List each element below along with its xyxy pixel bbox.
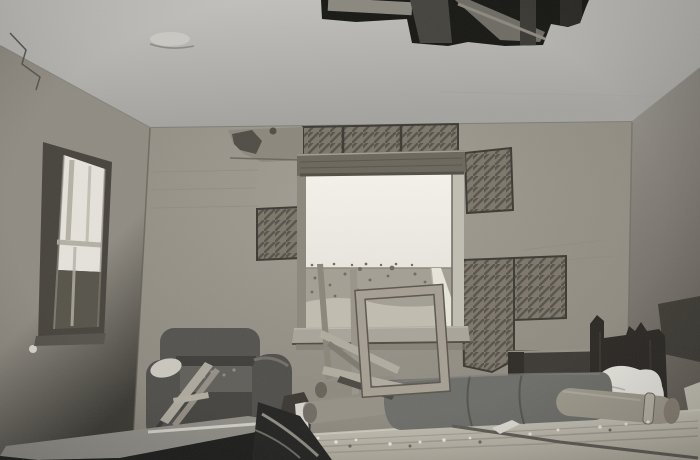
photo-canvas xyxy=(0,0,700,460)
film-grain xyxy=(0,0,700,460)
photograph xyxy=(0,0,700,460)
